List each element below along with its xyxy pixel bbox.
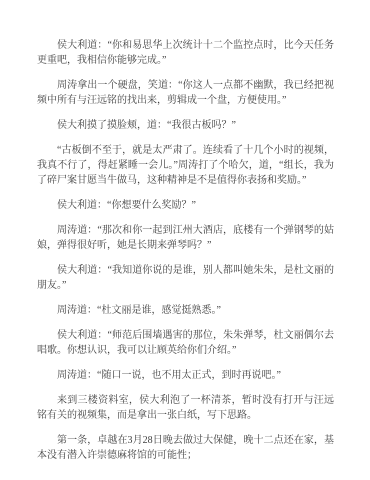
paragraph: 周涛道：“随口一说，也不用太正式，到时再说吧。” — [37, 368, 334, 383]
paragraph: 第一条，卓越在3月28日晚去做过大保健，晚十二点还在家，基本没有潜入许崇德麻将馆… — [37, 433, 334, 463]
paragraph: 周涛道：“杜文丽是谁，感觉挺熟悉。” — [37, 303, 334, 318]
paragraph: 侯大利道：“你和易思华上次统计十二个监控点时，比今天任务更重吧，我相信你能够完成… — [37, 38, 334, 68]
paragraph: 周涛拿出一个硬盘，笑道：“你这人一点都不幽默，我已经把视频中所有与汪远铭的找出来… — [37, 78, 334, 108]
paragraph: 周涛道：“那次和你一起到江州大酒店，底楼有一个弹钢琴的姑娘，弹得很好听，她是长期… — [37, 223, 334, 253]
paragraph: 侯大利道：“我知道你说的是谁，别人都叫她朱朱，是杜文丽的朋友。” — [37, 263, 334, 293]
paragraph: 侯大利摸了摸脸颊，道：“我很古板吗？” — [37, 118, 334, 133]
paragraph: 来到三楼资料室，侯大利泡了一杯清茶，暂时没有打开与汪远铭有关的视频集，而是拿出一… — [37, 393, 334, 423]
paragraph: 侯大利道：“师范后围墙遇害的那位，朱朱弹琴，杜文丽偶尔去唱歌。你想认识，我可以让… — [37, 328, 334, 358]
ebook-page: { "page": { "language": "zh-CN", "text_c… — [0, 0, 370, 480]
paragraph: 侯大利道：“你想要什么奖励？” — [37, 198, 334, 213]
page-text: 侯大利道：“你和易思华上次统计十二个监控点时，比今天任务更重吧，我相信你能够完成… — [0, 0, 370, 480]
paragraph: “古板倒不至于，就是太严肃了。连续看了十几个小时的视频，我真不行了，得赶紧睡一会… — [37, 143, 334, 188]
